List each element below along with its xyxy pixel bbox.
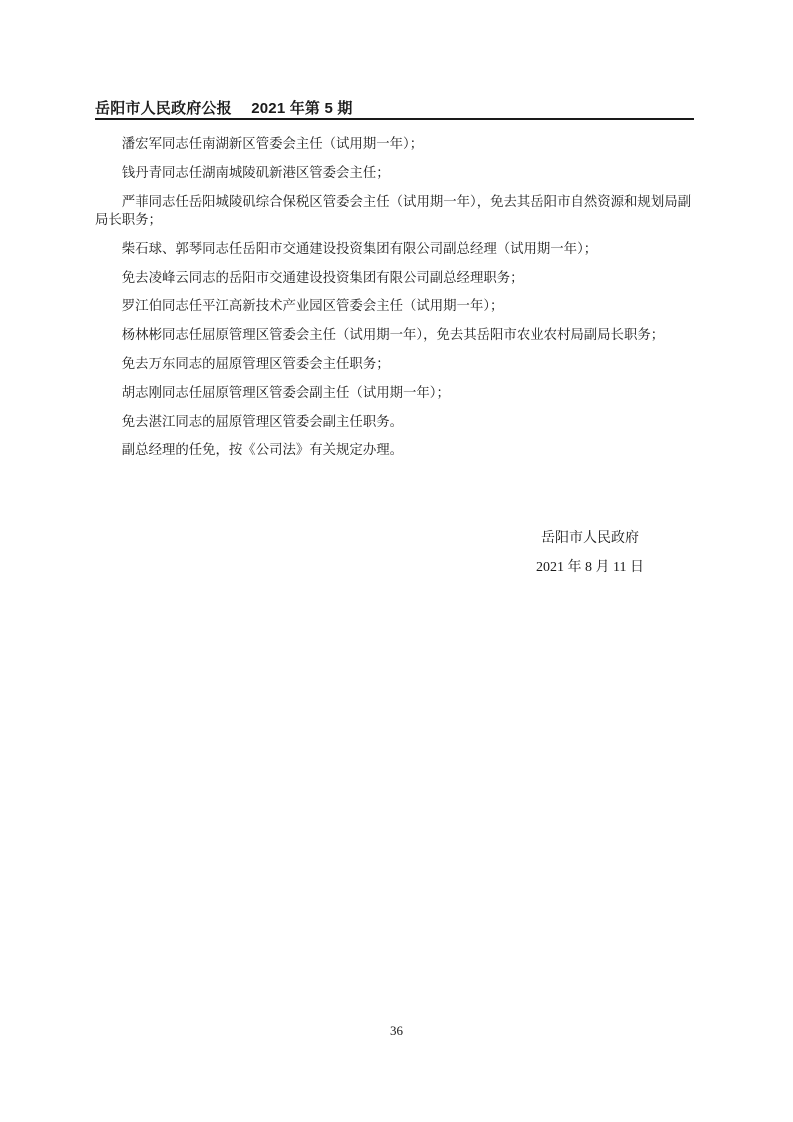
signature-block: 岳阳市人民政府 2021 年 8 月 11 日 [527,524,653,582]
page-number: 36 [390,1023,403,1038]
document-body: 潘宏军同志任南湖新区管委会主任（试用期一年）； 钱丹青同志任湖南城陵矶新港区管委… [95,135,691,470]
appointment-paragraph: 潘宏军同志任南湖新区管委会主任（试用期一年）； [95,135,691,153]
page-header: 岳阳市人民政府公报 2021 年第 5 期 [95,99,694,120]
appointment-paragraph: 柴石球、郭琴同志任岳阳市交通建设投资集团有限公司副总经理（试用期一年）； [95,240,691,258]
closing-note-paragraph: 副总经理的任免，按《公司法》有关规定办理。 [95,441,691,459]
gazette-page: 岳阳市人民政府公报 2021 年第 5 期 潘宏军同志任南湖新区管委会主任（试用… [0,0,793,1122]
issue-label: 2021 年第 5 期 [251,100,352,117]
gazette-title: 岳阳市人民政府公报 [95,100,232,117]
appointment-paragraph: 钱丹青同志任湖南城陵矶新港区管委会主任； [95,164,691,182]
appointment-paragraph: 胡志刚同志任屈原管理区管委会副主任（试用期一年）； [95,384,691,402]
appointment-paragraph: 罗江伯同志任平江高新技术产业园区管委会主任（试用期一年）； [95,297,691,315]
issuer-name: 岳阳市人民政府 [527,524,653,553]
removal-paragraph: 免去万东同志的屈原管理区管委会主任职务； [95,355,691,373]
removal-paragraph: 免去凌峰云同志的岳阳市交通建设投资集团有限公司副总经理职务； [95,269,691,287]
appointment-paragraph: 严菲同志任岳阳城陵矶综合保税区管委会主任（试用期一年），免去其岳阳市自然资源和规… [95,193,691,230]
page-footer: 36 [0,1023,793,1039]
removal-paragraph: 免去湛江同志的屈原管理区管委会副主任职务。 [95,413,691,431]
issue-date: 2021 年 8 月 11 日 [527,553,653,582]
appointment-paragraph: 杨林彬同志任屈原管理区管委会主任（试用期一年），免去其岳阳市农业农村局副局长职务… [95,326,691,344]
